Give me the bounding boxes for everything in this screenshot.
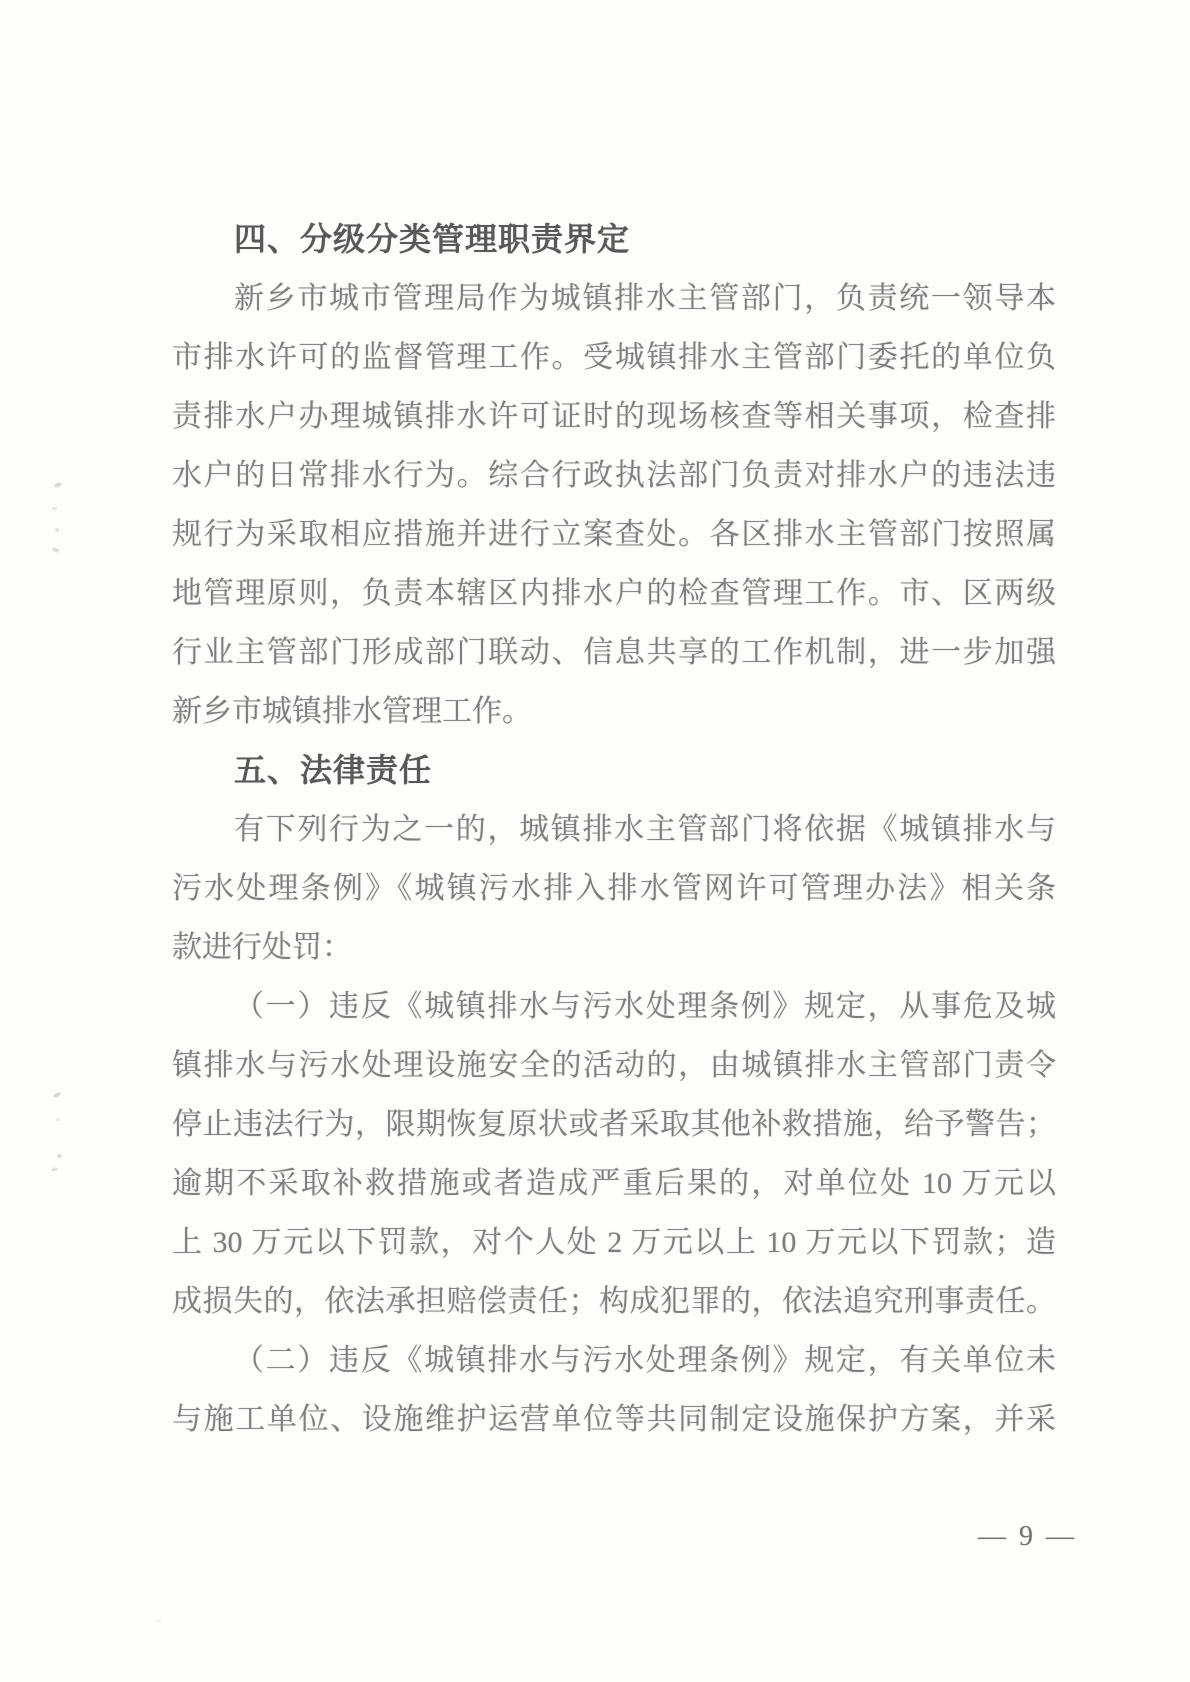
text-line: 与施工单位、设施维护运营单位等共同制定设施保护方案，并采 bbox=[172, 1390, 1056, 1449]
document-body: 四、分级分类管理职责界定新乡市城市管理局作为城镇排水主管部门，负责统一领导本市排… bbox=[172, 210, 1056, 1449]
scan-speck bbox=[52, 547, 60, 553]
paragraph: （一）违反《城镇排水与污水处理条例》规定，从事危及城镇排水与污水处理设施安全的活… bbox=[172, 977, 1056, 1331]
scan-speck bbox=[56, 1118, 60, 1121]
scan-speck bbox=[52, 507, 58, 511]
text-line: 水户的日常排水行为。综合行政执法部门负责对排水户的违法违 bbox=[172, 446, 1056, 505]
paragraph: 有下列行为之一的，城镇排水主管部门将依据《城镇排水与污水处理条例》《城镇污水排入… bbox=[172, 800, 1056, 977]
scan-speck bbox=[156, 1620, 161, 1623]
text-line: 新乡市城市管理局作为城镇排水主管部门，负责统一领导本 bbox=[172, 269, 1056, 328]
text-line: 规行为采取相应措施并进行立案查处。各区排水主管部门按照属 bbox=[172, 505, 1056, 564]
text-line: 责排水户办理城镇排水许可证时的现场核查等相关事项，检查排 bbox=[172, 387, 1056, 446]
text-line: 污水处理条例》《城镇污水排入排水管网许可管理办法》相关条 bbox=[172, 859, 1056, 918]
scan-speck bbox=[55, 528, 59, 532]
scan-speck bbox=[51, 1167, 58, 1171]
text-line: 行业主管部门形成部门联动、信息共享的工作机制，进一步加强 bbox=[172, 623, 1056, 682]
text-line: 上 30 万元以下罚款，对个人处 2 万元以上 10 万元以下罚款；造 bbox=[172, 1213, 1056, 1272]
document-page: 四、分级分类管理职责界定新乡市城市管理局作为城镇排水主管部门，负责统一领导本市排… bbox=[0, 0, 1190, 1682]
scan-speck bbox=[54, 482, 63, 489]
scan-speck bbox=[56, 1153, 62, 1159]
text-line: （一）违反《城镇排水与污水处理条例》规定，从事危及城 bbox=[172, 977, 1056, 1036]
text-line: 款进行处罚： bbox=[172, 918, 1056, 977]
scan-speck bbox=[53, 1091, 62, 1098]
section-heading: 五、法律责任 bbox=[172, 741, 1056, 800]
text-line: 市排水许可的监督管理工作。受城镇排水主管部门委托的单位负 bbox=[172, 328, 1056, 387]
page-number: — 9 — bbox=[978, 1520, 1088, 1554]
text-line: 地管理原则，负责本辖区内排水户的检查管理工作。市、区两级 bbox=[172, 564, 1056, 623]
text-line: （二）违反《城镇排水与污水处理条例》规定，有关单位未 bbox=[172, 1331, 1056, 1390]
section-heading: 四、分级分类管理职责界定 bbox=[172, 210, 1056, 269]
paragraph: 新乡市城市管理局作为城镇排水主管部门，负责统一领导本市排水许可的监督管理工作。受… bbox=[172, 269, 1056, 741]
paragraph: （二）违反《城镇排水与污水处理条例》规定，有关单位未与施工单位、设施维护运营单位… bbox=[172, 1331, 1056, 1449]
text-line: 成损失的，依法承担赔偿责任；构成犯罪的，依法追究刑事责任。 bbox=[172, 1272, 1056, 1331]
text-line: 镇排水与污水处理设施安全的活动的，由城镇排水主管部门责令 bbox=[172, 1036, 1056, 1095]
text-line: 新乡市城镇排水管理工作。 bbox=[172, 682, 1056, 741]
text-line: 逾期不采取补救措施或者造成严重后果的，对单位处 10 万元以 bbox=[172, 1154, 1056, 1213]
text-line: 有下列行为之一的，城镇排水主管部门将依据《城镇排水与 bbox=[172, 800, 1056, 859]
text-line: 停止违法行为，限期恢复原状或者采取其他补救措施，给予警告； bbox=[172, 1095, 1056, 1154]
